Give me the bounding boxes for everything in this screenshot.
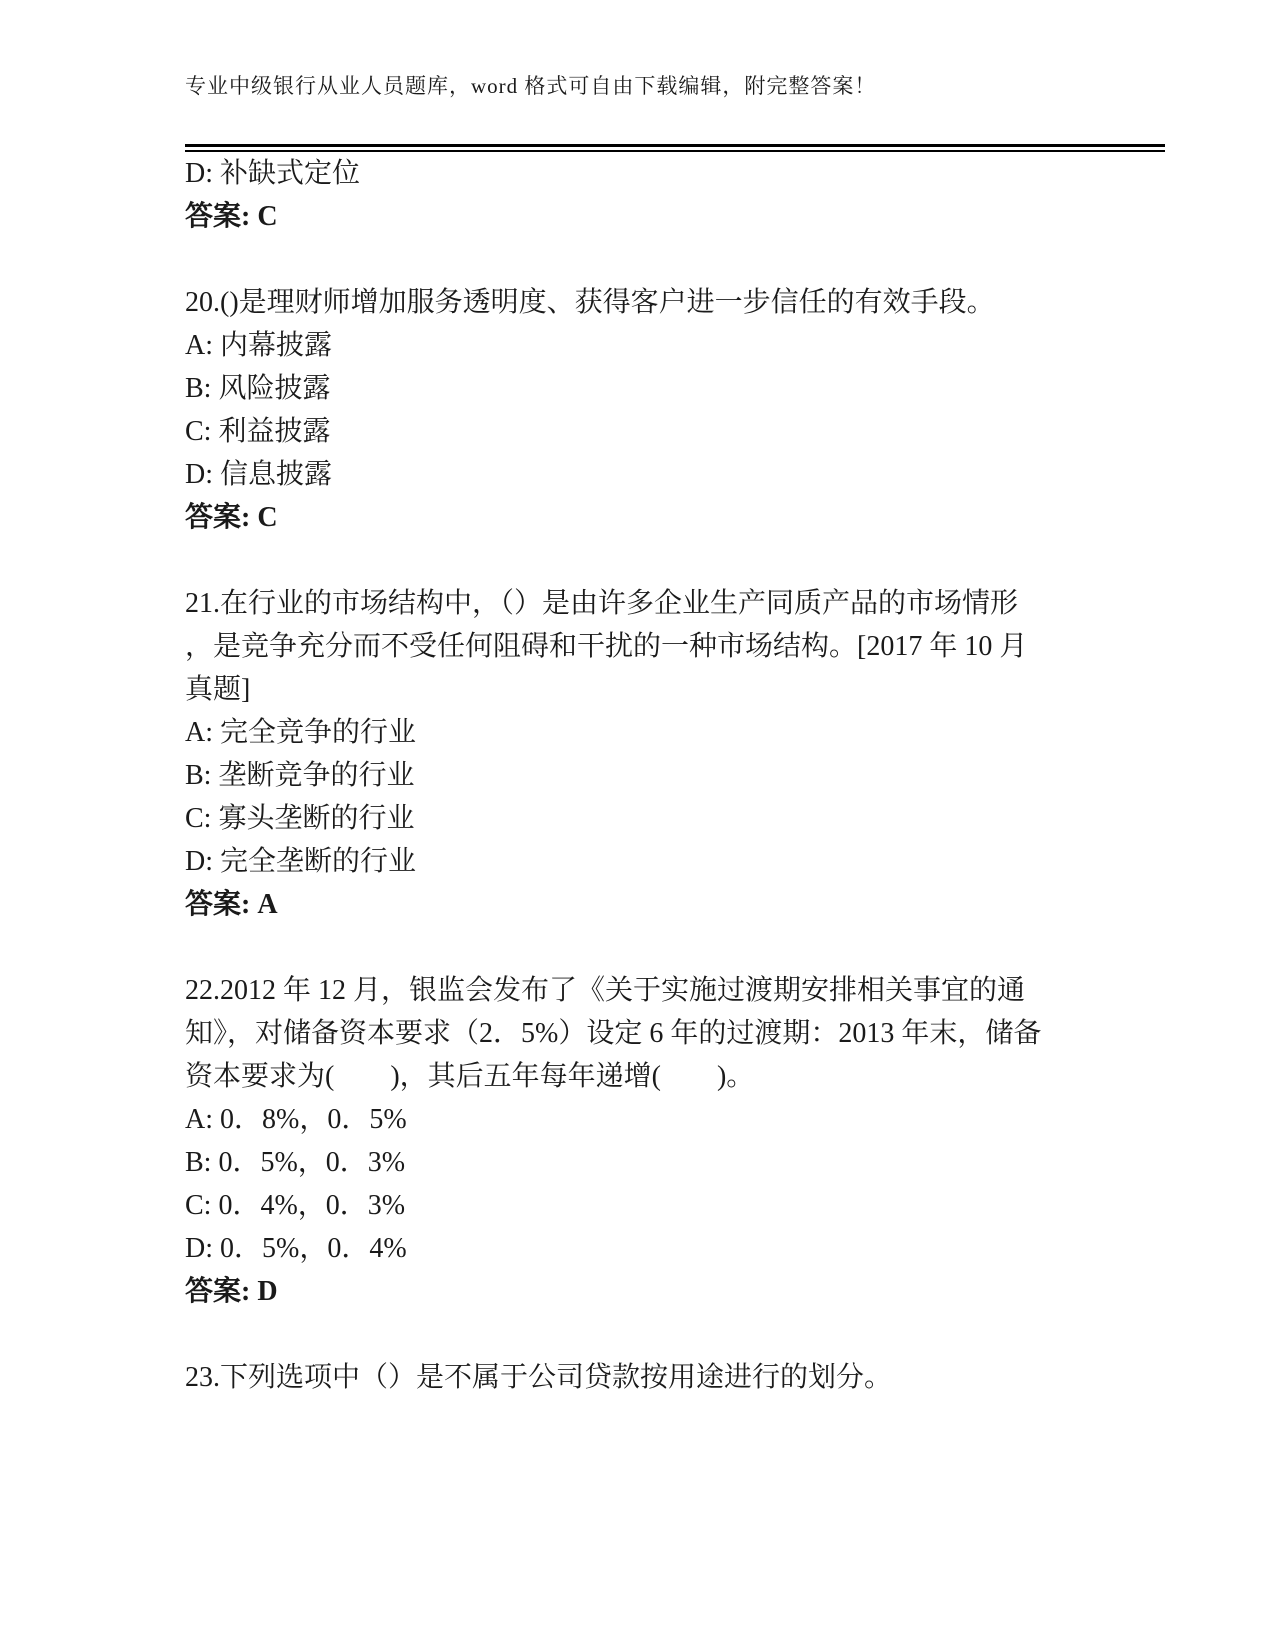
question-22-option-b: B: 0．5%，0．3% [185, 1141, 1165, 1184]
question-21-option-d: D: 完全垄断的行业 [185, 840, 1165, 883]
question-22-option-d: D: 0．5%，0．4% [185, 1227, 1165, 1270]
question-20-option-b: B: 风险披露 [185, 367, 1165, 410]
question-block-22: 22.2012 年 12 月，银监会发布了《关于实施过渡期安排相关事宜的通 知》… [185, 969, 1165, 1313]
question-block-23: 23.下列选项中（）是不属于公司贷款按用途进行的划分。 [185, 1356, 1165, 1399]
question-22-answer: 答案: D [185, 1270, 1165, 1313]
document-page: 专业中级银行从业人员题库，word 格式可自由下载编辑，附完整答案！ D: 补缺… [0, 0, 1275, 1650]
question-20-answer: 答案: C [185, 496, 1165, 539]
question-block-21: 21.在行业的市场结构中，（）是由许多企业生产同质产品的市场情形 ，是竞争充分而… [185, 582, 1165, 926]
header-divider [185, 144, 1165, 152]
document-content: D: 补缺式定位 答案: C 20.()是理财师增加服务透明度、获得客户进一步信… [185, 152, 1165, 1399]
question-20-option-a: A: 内幕披露 [185, 324, 1165, 367]
question-21-text: 21.在行业的市场结构中，（）是由许多企业生产同质产品的市场情形 ，是竞争充分而… [185, 582, 1165, 711]
question-23-text: 23.下列选项中（）是不属于公司贷款按用途进行的划分。 [185, 1356, 1165, 1399]
question-block-20: 20.()是理财师增加服务透明度、获得客户进一步信任的有效手段。 A: 内幕披露… [185, 281, 1165, 539]
question-19-option-d: D: 补缺式定位 [185, 152, 1165, 195]
question-22-option-a: A: 0．8%，0．5% [185, 1098, 1165, 1141]
question-21-option-a: A: 完全竞争的行业 [185, 711, 1165, 754]
page-header-note: 专业中级银行从业人员题库，word 格式可自由下载编辑，附完整答案！ [185, 72, 1165, 100]
question-19-answer: 答案: C [185, 195, 1165, 238]
question-20-option-c: C: 利益披露 [185, 410, 1165, 453]
question-22-text: 22.2012 年 12 月，银监会发布了《关于实施过渡期安排相关事宜的通 知》… [185, 969, 1165, 1098]
question-22-option-c: C: 0．4%，0．3% [185, 1184, 1165, 1227]
question-21-option-c: C: 寡头垄断的行业 [185, 797, 1165, 840]
question-21-option-b: B: 垄断竞争的行业 [185, 754, 1165, 797]
question-21-answer: 答案: A [185, 883, 1165, 926]
question-20-text: 20.()是理财师增加服务透明度、获得客户进一步信任的有效手段。 [185, 281, 1165, 324]
question-20-option-d: D: 信息披露 [185, 453, 1165, 496]
